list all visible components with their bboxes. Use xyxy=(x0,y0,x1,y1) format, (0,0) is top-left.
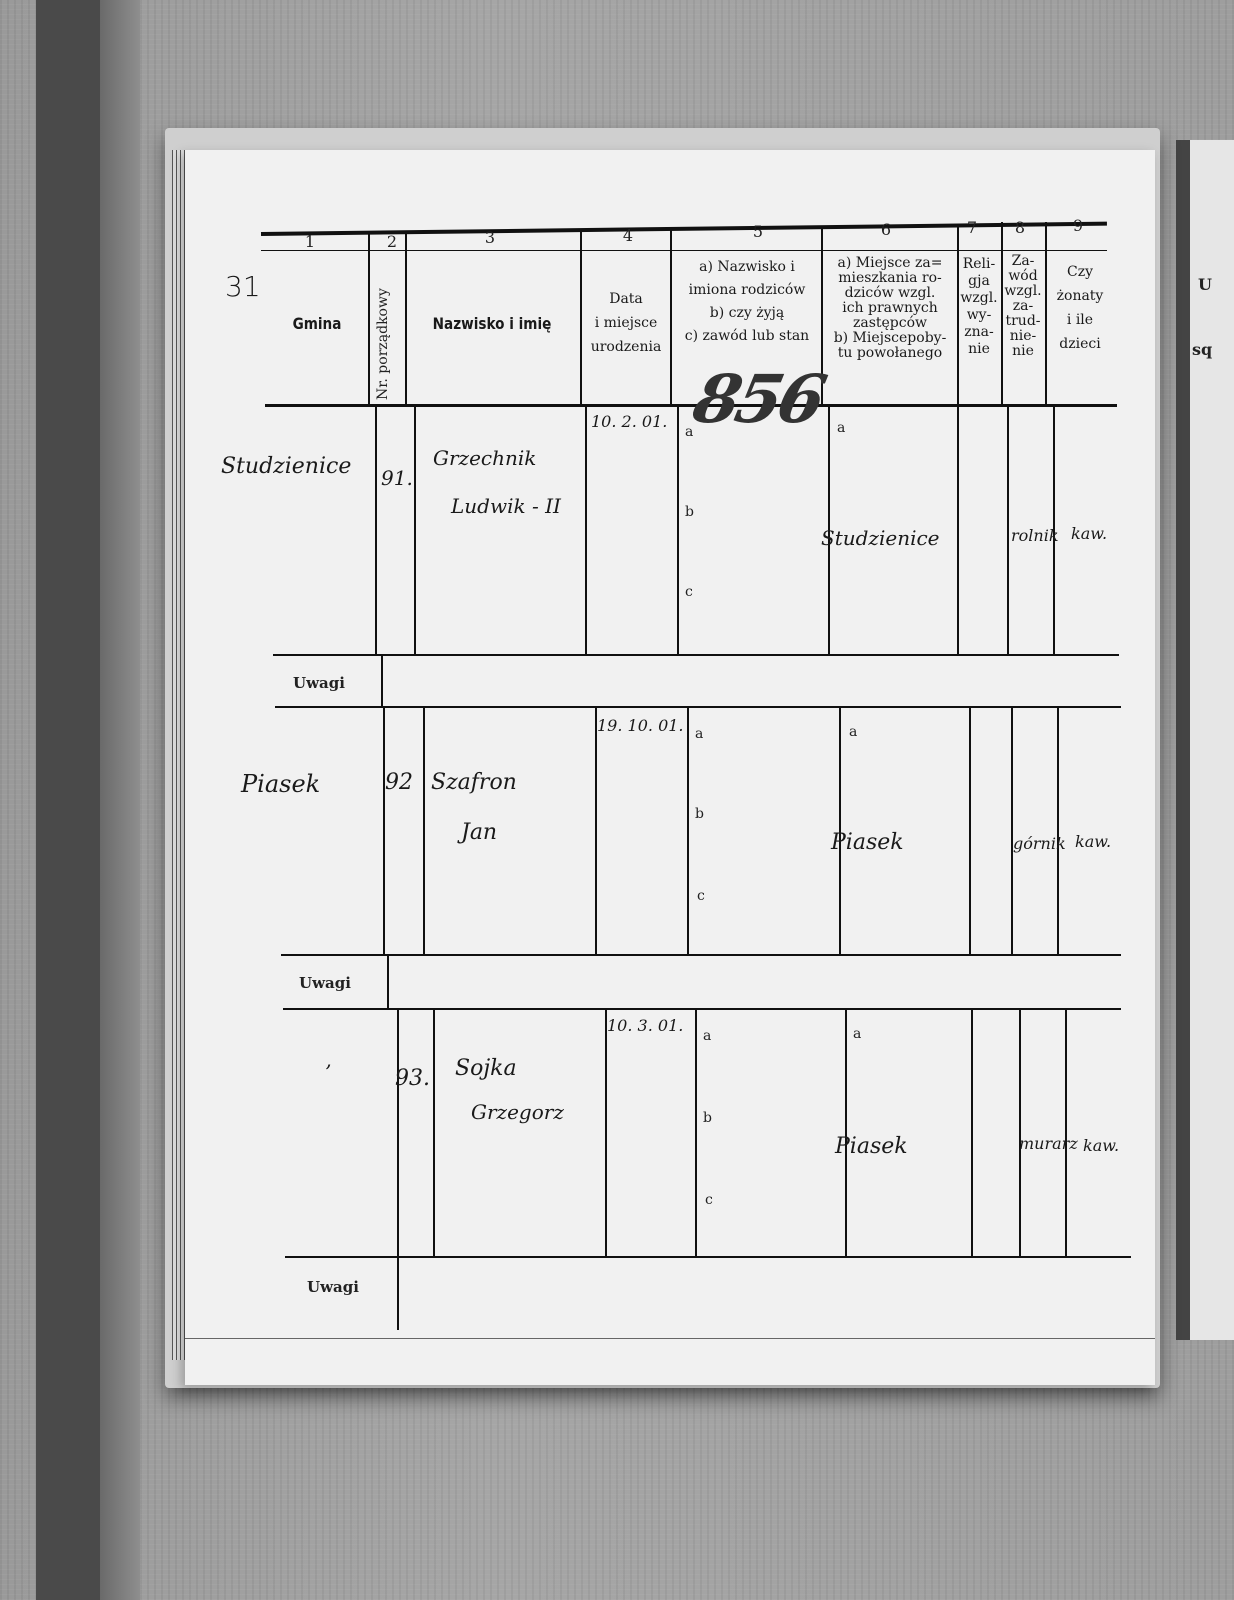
column-number: 8 xyxy=(1005,218,1035,237)
remarks-label: Uwagi xyxy=(307,1278,359,1296)
sub-label-a: a xyxy=(849,724,857,740)
column-number: 1 xyxy=(295,232,325,251)
column-number: 2 xyxy=(377,232,407,251)
entry-occupation: górnik xyxy=(1013,834,1066,853)
entry-marital: kaw. xyxy=(1075,832,1111,851)
scanner-edge-strip xyxy=(36,0,100,1600)
column-header-birth: Datai miejsceurodzenia xyxy=(581,287,671,359)
entry-marital: kaw. xyxy=(1083,1136,1119,1155)
scanner-edge-shadow xyxy=(100,0,140,1600)
sub-label-b: b xyxy=(703,1110,712,1126)
header-bottom-rule xyxy=(265,404,1117,407)
column-header-residence: a) Miejsce za=mieszkania ro-dziców wzgl.… xyxy=(823,256,957,361)
column-number: 4 xyxy=(613,226,643,245)
column-number: 9 xyxy=(1063,216,1093,235)
sub-label-a: a xyxy=(853,1026,861,1042)
entry-gmina: Studzienice xyxy=(221,454,351,479)
entry-birth-date: 10. 2. 01. xyxy=(591,412,667,431)
entry-residence: Piasek xyxy=(835,1134,908,1159)
column-number: 5 xyxy=(743,222,773,241)
entry-number: 92 xyxy=(385,770,413,795)
sub-label-a: a xyxy=(703,1028,711,1044)
register-page: 31 1 2 3 4 5 6 7 8 9 Gmina Nr. porządkow… xyxy=(185,150,1155,1385)
column-header-gmina: Gmina xyxy=(283,316,351,332)
adjacent-page-fragment: U xyxy=(1198,275,1212,294)
sub-label-b: b xyxy=(695,806,704,822)
sub-label-a: a xyxy=(837,420,845,436)
entry-occupation: murarz xyxy=(1019,1134,1078,1153)
ink-stamp-number: 856 xyxy=(687,360,829,438)
column-header-parents: a) Nazwisko iimiona rodzicówb) czy żyjąc… xyxy=(673,256,821,348)
remarks-label: Uwagi xyxy=(293,674,345,692)
entry-residence: Piasek xyxy=(831,830,904,855)
entry-first-name: Grzegorz xyxy=(471,1100,564,1124)
page-mark: 31 xyxy=(225,270,261,303)
entry-surname: Grzechnik xyxy=(433,446,536,470)
entry-number: 93. xyxy=(395,1066,430,1091)
entry-birth-date: 10. 3. 01. xyxy=(607,1016,683,1035)
column-number: 6 xyxy=(871,220,901,239)
sub-label-c: c xyxy=(705,1192,713,1208)
entry-marital: kaw. xyxy=(1071,524,1107,543)
sub-label-b: b xyxy=(685,504,694,520)
entry-gmina: Piasek xyxy=(241,770,320,798)
column-header-name: Nazwisko i imię xyxy=(420,316,565,332)
column-number: 7 xyxy=(957,218,987,237)
column-number: 3 xyxy=(475,228,505,247)
column-header-married: Czyżonatyi iledzieci xyxy=(1045,260,1115,356)
page-edges xyxy=(172,150,186,1360)
sub-label-c: c xyxy=(685,584,693,600)
remarks-label: Uwagi xyxy=(299,974,351,992)
entry-occupation: rolnik xyxy=(1011,526,1059,545)
book-gutter xyxy=(1176,140,1190,1340)
sub-label-c: c xyxy=(697,888,705,904)
entry-birth-date: 19. 10. 01. xyxy=(597,716,684,735)
entry-number: 91. xyxy=(381,466,413,490)
column-header-religion: Reli-gjawzgl.wy-zna-nie xyxy=(957,256,1001,358)
entry-first-name: Jan xyxy=(461,820,497,845)
sub-label-a: a xyxy=(695,726,703,742)
column-header-nr: Nr. porządkowy xyxy=(375,288,391,400)
sub-label-a: a xyxy=(685,424,693,440)
entry-gmina: ’ xyxy=(325,1060,331,1084)
entry-residence: Studzienice xyxy=(821,526,940,550)
entry-first-name: Ludwik - II xyxy=(451,494,561,518)
entry-surname: Szafron xyxy=(431,770,517,795)
entry-surname: Sojka xyxy=(455,1056,517,1081)
adjacent-page: U sq xyxy=(1190,140,1234,1340)
column-header-occupation: Za-wódwzgl.za-trud-nie-nie xyxy=(1001,254,1045,359)
adjacent-page-fragment: sq xyxy=(1192,340,1212,359)
